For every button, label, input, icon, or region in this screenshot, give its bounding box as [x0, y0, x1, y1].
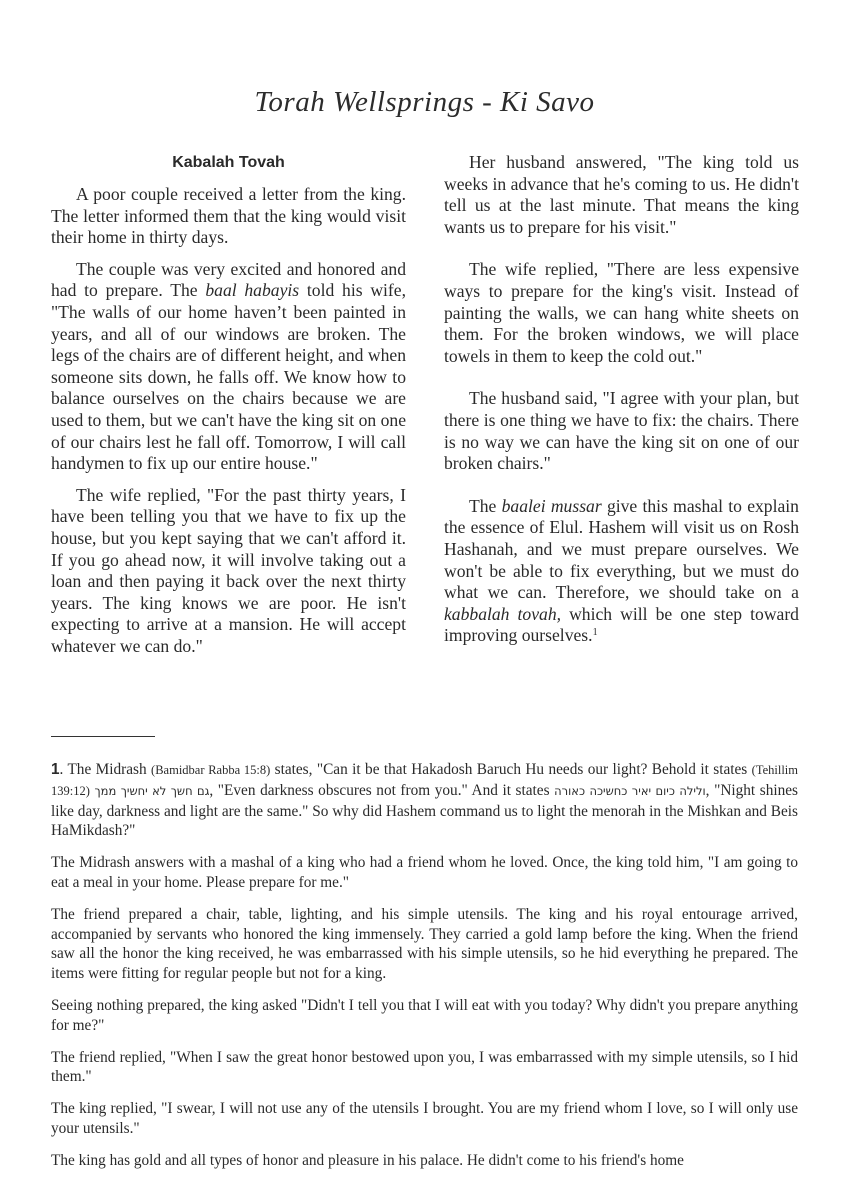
paragraph: Her husband answered, "The king told us …	[444, 152, 799, 238]
footnote-divider	[51, 736, 155, 737]
hebrew-quote: ולילה כיום יאיר כחשיכה כאורה	[554, 784, 706, 798]
footnote-ref[interactable]: 1	[593, 627, 598, 638]
paragraph: The baalei mussar give this mashal to ex…	[444, 496, 799, 647]
paragraph-text: The	[469, 496, 502, 516]
footnotes: 1. The Midrash (Bamidbar Rabba 15:8) sta…	[51, 760, 798, 1183]
italic-term: kabbalah tovah,	[444, 604, 561, 624]
source-citation: (Bamidbar Rabba 15:8)	[151, 763, 270, 777]
paragraph-text: told his wife, "The walls of our home ha…	[51, 280, 406, 473]
footnote-paragraph: The king replied, "I swear, I will not u…	[51, 1099, 798, 1139]
right-column: Her husband answered, "The king told us …	[444, 152, 799, 647]
footnote-text: , "Even darkness obscures not from you."…	[209, 782, 554, 799]
paragraph: A poor couple received a letter from the…	[51, 184, 406, 249]
footnote-paragraph: The friend replied, "When I saw the grea…	[51, 1048, 798, 1088]
paragraph-text: A poor couple received a letter from the…	[51, 184, 406, 247]
footnote-paragraph: Seeing nothing prepared, the king asked …	[51, 996, 798, 1036]
footnote-paragraph: The Midrash answers with a mashal of a k…	[51, 853, 798, 893]
hebrew-quote: גם חשך לא יחשיך ממך	[94, 784, 209, 798]
footnote-paragraph: The friend prepared a chair, table, ligh…	[51, 905, 798, 984]
paragraph: The wife replied, "For the past thirty y…	[51, 485, 406, 658]
paragraph-text: Her husband answered, "The king told us …	[444, 152, 799, 237]
section-heading: Kabalah Tovah	[51, 152, 406, 174]
italic-term: baal habayis	[205, 280, 299, 300]
paragraph: The husband said, "I agree with your pla…	[444, 388, 799, 474]
footnote-text: . The Midrash	[60, 761, 152, 778]
paragraph-text: The wife replied, "There are less expens…	[444, 259, 799, 365]
footnote-paragraph: The king has gold and all types of honor…	[51, 1151, 798, 1171]
footnote-text: states, "Can it be that Hakadosh Baruch …	[270, 761, 751, 778]
page-title: Torah Wellsprings - Ki Savo	[0, 86, 849, 119]
paragraph-text: The wife replied, "For the past thirty y…	[51, 485, 406, 656]
left-column: Kabalah Tovah A poor couple received a l…	[51, 152, 406, 657]
italic-term: baalei mussar	[502, 496, 602, 516]
paragraph-text: The husband said, "I agree with your pla…	[444, 388, 799, 473]
footnote-number: 1	[51, 761, 60, 778]
paragraph: The wife replied, "There are less expens…	[444, 259, 799, 367]
paragraph: The couple was very excited and honored …	[51, 259, 406, 475]
footnote: 1. The Midrash (Bamidbar Rabba 15:8) sta…	[51, 760, 798, 841]
